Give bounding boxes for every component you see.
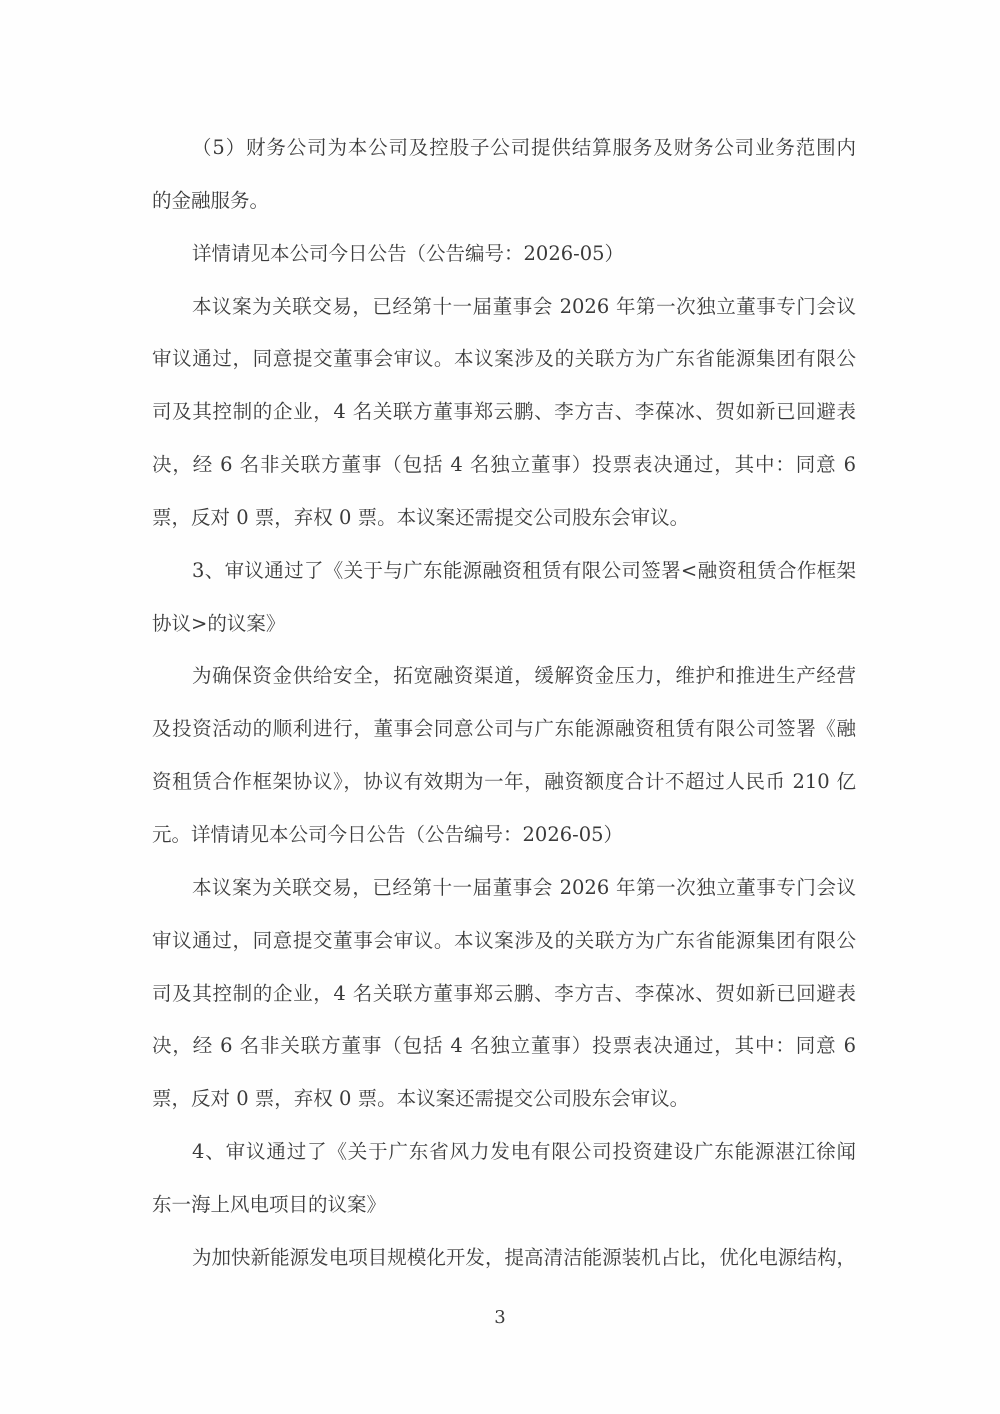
text-line: 协议>的议案》 <box>152 598 856 651</box>
text-line: 决，经 6 名非关联方董事（包括 4 名独立董事）投票表决通过，其中：同意 6 <box>152 1020 856 1073</box>
text-line: 4、审议通过了《关于广东省风力发电有限公司投资建设广东能源湛江徐闻 <box>152 1126 856 1179</box>
page-footer: 3 <box>0 1296 1000 1340</box>
paragraph: 本议案为关联交易，已经第十一届董事会 2026 年第一次独立董事专门会议审议通过… <box>152 862 856 1126</box>
paragraph: 为确保资金供给安全，拓宽融资渠道，缓解资金压力，维护和推进生产经营及投资活动的顺… <box>152 650 856 861</box>
text-line: 3、审议通过了《关于与广东能源融资租赁有限公司签署<融资租赁合作框架 <box>152 545 856 598</box>
paragraph: 详情请见本公司今日公告（公告编号：2026-05） <box>152 228 856 281</box>
text-line: 的金融服务。 <box>152 175 856 228</box>
text-line: 详情请见本公司今日公告（公告编号：2026-05） <box>152 228 856 281</box>
text-line: 司及其控制的企业，4 名关联方董事郑云鹏、李方吉、李葆冰、贺如新已回避表 <box>152 386 856 439</box>
text-line: 为确保资金供给安全，拓宽融资渠道，缓解资金压力，维护和推进生产经营 <box>152 650 856 703</box>
text-line: （5）财务公司为本公司及控股子公司提供结算服务及财务公司业务范围内 <box>152 122 856 175</box>
text-line: 资租赁合作框架协议》，协议有效期为一年，融资额度合计不超过人民币 210 亿 <box>152 756 856 809</box>
text-line: 东一海上风电项目的议案》 <box>152 1179 856 1232</box>
text-line: 决，经 6 名非关联方董事（包括 4 名独立董事）投票表决通过，其中：同意 6 <box>152 439 856 492</box>
paragraph: 3、审议通过了《关于与广东能源融资租赁有限公司签署<融资租赁合作框架协议>的议案… <box>152 545 856 651</box>
text-line: 元。详情请见本公司今日公告（公告编号：2026-05） <box>152 809 856 862</box>
paragraph: 本议案为关联交易，已经第十一届董事会 2026 年第一次独立董事专门会议审议通过… <box>152 281 856 545</box>
text-line: 为加快新能源发电项目规模化开发，提高清洁能源装机占比，优化电源结构， <box>152 1232 856 1285</box>
text-line: 及投资活动的顺利进行，董事会同意公司与广东能源融资租赁有限公司签署《融 <box>152 703 856 756</box>
document-page: （5）财务公司为本公司及控股子公司提供结算服务及财务公司业务范围内的金融服务。详… <box>0 0 1000 1414</box>
paragraph: 4、审议通过了《关于广东省风力发电有限公司投资建设广东能源湛江徐闻东一海上风电项… <box>152 1126 856 1232</box>
text-line: 票，反对 0 票，弃权 0 票。本议案还需提交公司股东会审议。 <box>152 1073 856 1126</box>
paragraph: 为加快新能源发电项目规模化开发，提高清洁能源装机占比，优化电源结构， <box>152 1232 856 1285</box>
document-body: （5）财务公司为本公司及控股子公司提供结算服务及财务公司业务范围内的金融服务。详… <box>152 122 856 1285</box>
text-line: 审议通过，同意提交董事会审议。本议案涉及的关联方为广东省能源集团有限公 <box>152 333 856 386</box>
text-line: 司及其控制的企业，4 名关联方董事郑云鹏、李方吉、李葆冰、贺如新已回避表 <box>152 968 856 1021</box>
text-line: 票，反对 0 票，弃权 0 票。本议案还需提交公司股东会审议。 <box>152 492 856 545</box>
text-line: 审议通过，同意提交董事会审议。本议案涉及的关联方为广东省能源集团有限公 <box>152 915 856 968</box>
text-line: 本议案为关联交易，已经第十一届董事会 2026 年第一次独立董事专门会议 <box>152 862 856 915</box>
page-number: 3 <box>494 1307 505 1328</box>
paragraph: （5）财务公司为本公司及控股子公司提供结算服务及财务公司业务范围内的金融服务。 <box>152 122 856 228</box>
text-line: 本议案为关联交易，已经第十一届董事会 2026 年第一次独立董事专门会议 <box>152 281 856 334</box>
